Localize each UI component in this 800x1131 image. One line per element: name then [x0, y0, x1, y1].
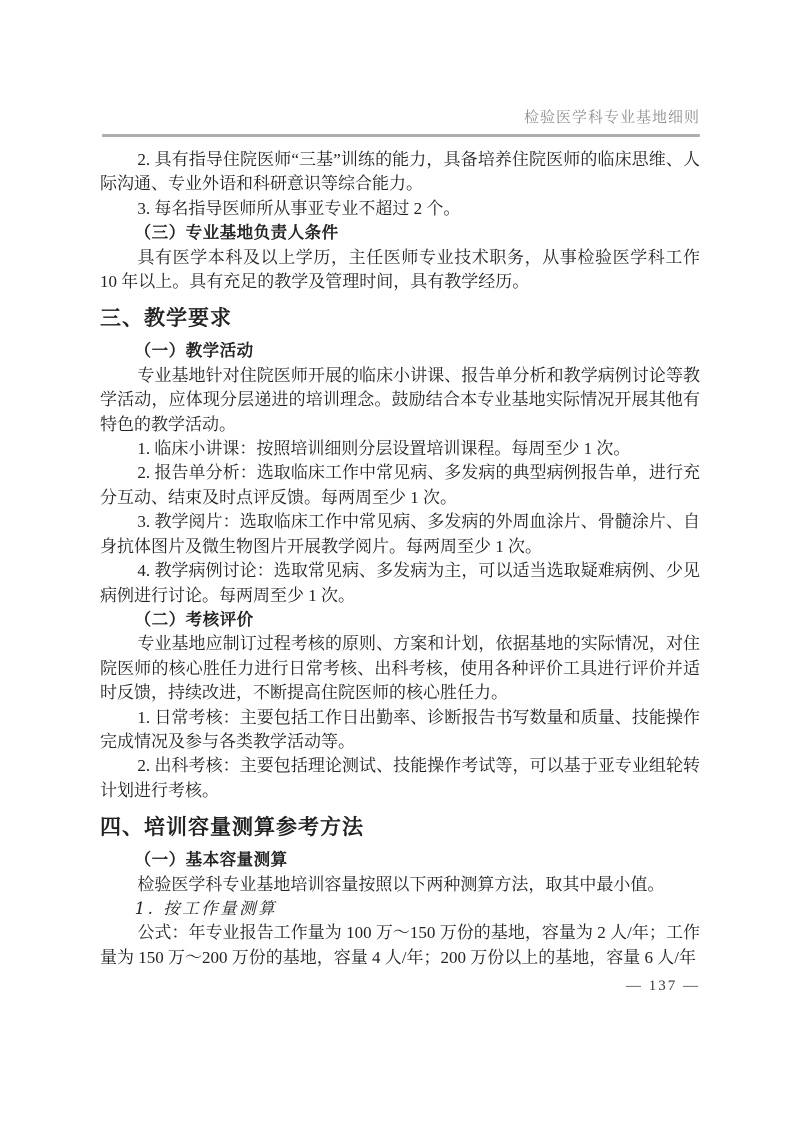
paragraph: 具有医学本科及以上学历，主任医师专业技术职务，从事检验医学科工作 10 年以上。…	[100, 246, 700, 295]
running-header-title: 检验医学科专业基地细则	[100, 106, 700, 127]
paragraph: 专业基地针对住院医师开展的临床小讲课、报告单分析和教学病例讨论等教学活动，应体现…	[100, 364, 700, 437]
paragraph: 3. 教学阅片：选取临床工作中常见病、多发病的外周血涂片、骨髓涂片、自身抗体图片…	[100, 510, 700, 559]
paragraph: 公式：年专业报告工作量为 100 万～150 万份的基地，容量为 2 人/年；工…	[100, 921, 700, 970]
paragraph: 专业基地应制订过程考核的原则、方案和计划，依据基地的实际情况，对住院医师的核心胜…	[100, 632, 700, 705]
sub-heading: （一）教学活动	[100, 339, 700, 363]
paragraph: 3. 每名指导医师所从事亚专业不超过 2 个。	[100, 197, 700, 221]
paragraph: 检验医学科专业基地培训容量按照以下两种测算方法，取其中最小值。	[100, 873, 700, 897]
document-body: 2. 具有指导住院医师“三基”训练的能力，具备培养住院医师的临床思维、人际沟通、…	[100, 148, 700, 970]
page-number: — 137 —	[626, 978, 700, 995]
document-page: 检验医学科专业基地细则 2. 具有指导住院医师“三基”训练的能力，具备培养住院医…	[0, 0, 800, 1131]
paragraph: 2. 报告单分析：选取临床工作中常见病、多发病的典型病例报告单，进行充分互动、结…	[100, 461, 700, 510]
kai-note: 1. 按工作量测算	[100, 897, 700, 921]
section-heading: 三、教学要求	[100, 304, 700, 333]
paragraph: 1. 临床小讲课：按照培训细则分层设置培训课程。每周至少 1 次。	[100, 437, 700, 461]
paragraph: 2. 出科考核：主要包括理论测试、技能操作考试等，可以基于亚专业组轮转计划进行考…	[100, 754, 700, 803]
paragraph: 1. 日常考核：主要包括工作日出勤率、诊断报告书写数量和质量、技能操作完成情况及…	[100, 706, 700, 755]
sub-heading: （三）专业基地负责人条件	[100, 221, 700, 245]
section-heading: 四、培训容量测算参考方法	[100, 813, 700, 842]
paragraph: 4. 教学病例讨论：选取常见病、多发病为主，可以适当选取疑难病例、少见病例进行讨…	[100, 559, 700, 608]
sub-heading: （一）基本容量测算	[100, 848, 700, 872]
sub-heading: （二）考核评价	[100, 608, 700, 632]
header-rule	[102, 134, 700, 137]
paragraph: 2. 具有指导住院医师“三基”训练的能力，具备培养住院医师的临床思维、人际沟通、…	[100, 148, 700, 197]
